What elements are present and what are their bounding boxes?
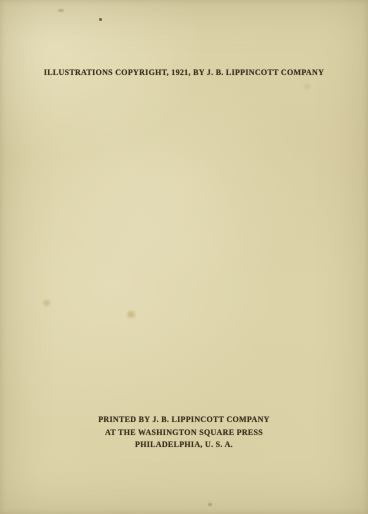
printer-imprint-line-2: AT THE WASHINGTON SQUARE PRESS bbox=[0, 427, 368, 440]
illustrations-copyright-line: ILLUSTRATIONS COPYRIGHT, 1921, BY J. B. … bbox=[0, 67, 368, 79]
foxing-stain bbox=[304, 84, 310, 89]
foxing-speck bbox=[99, 18, 102, 21]
printer-imprint-line-1: PRINTED BY J. B. LIPPINCOTT COMPANY bbox=[0, 414, 368, 427]
printer-imprint-line-3: PHILADELPHIA, U. S. A. bbox=[0, 439, 368, 452]
foxing-speck bbox=[208, 503, 212, 506]
foxing-stain bbox=[127, 311, 135, 318]
book-copyright-page: ILLUSTRATIONS COPYRIGHT, 1921, BY J. B. … bbox=[0, 0, 368, 514]
printer-imprint-block: PRINTED BY J. B. LIPPINCOTT COMPANY AT T… bbox=[0, 414, 368, 452]
foxing-stain bbox=[43, 300, 50, 306]
foxing-speck bbox=[58, 9, 64, 12]
